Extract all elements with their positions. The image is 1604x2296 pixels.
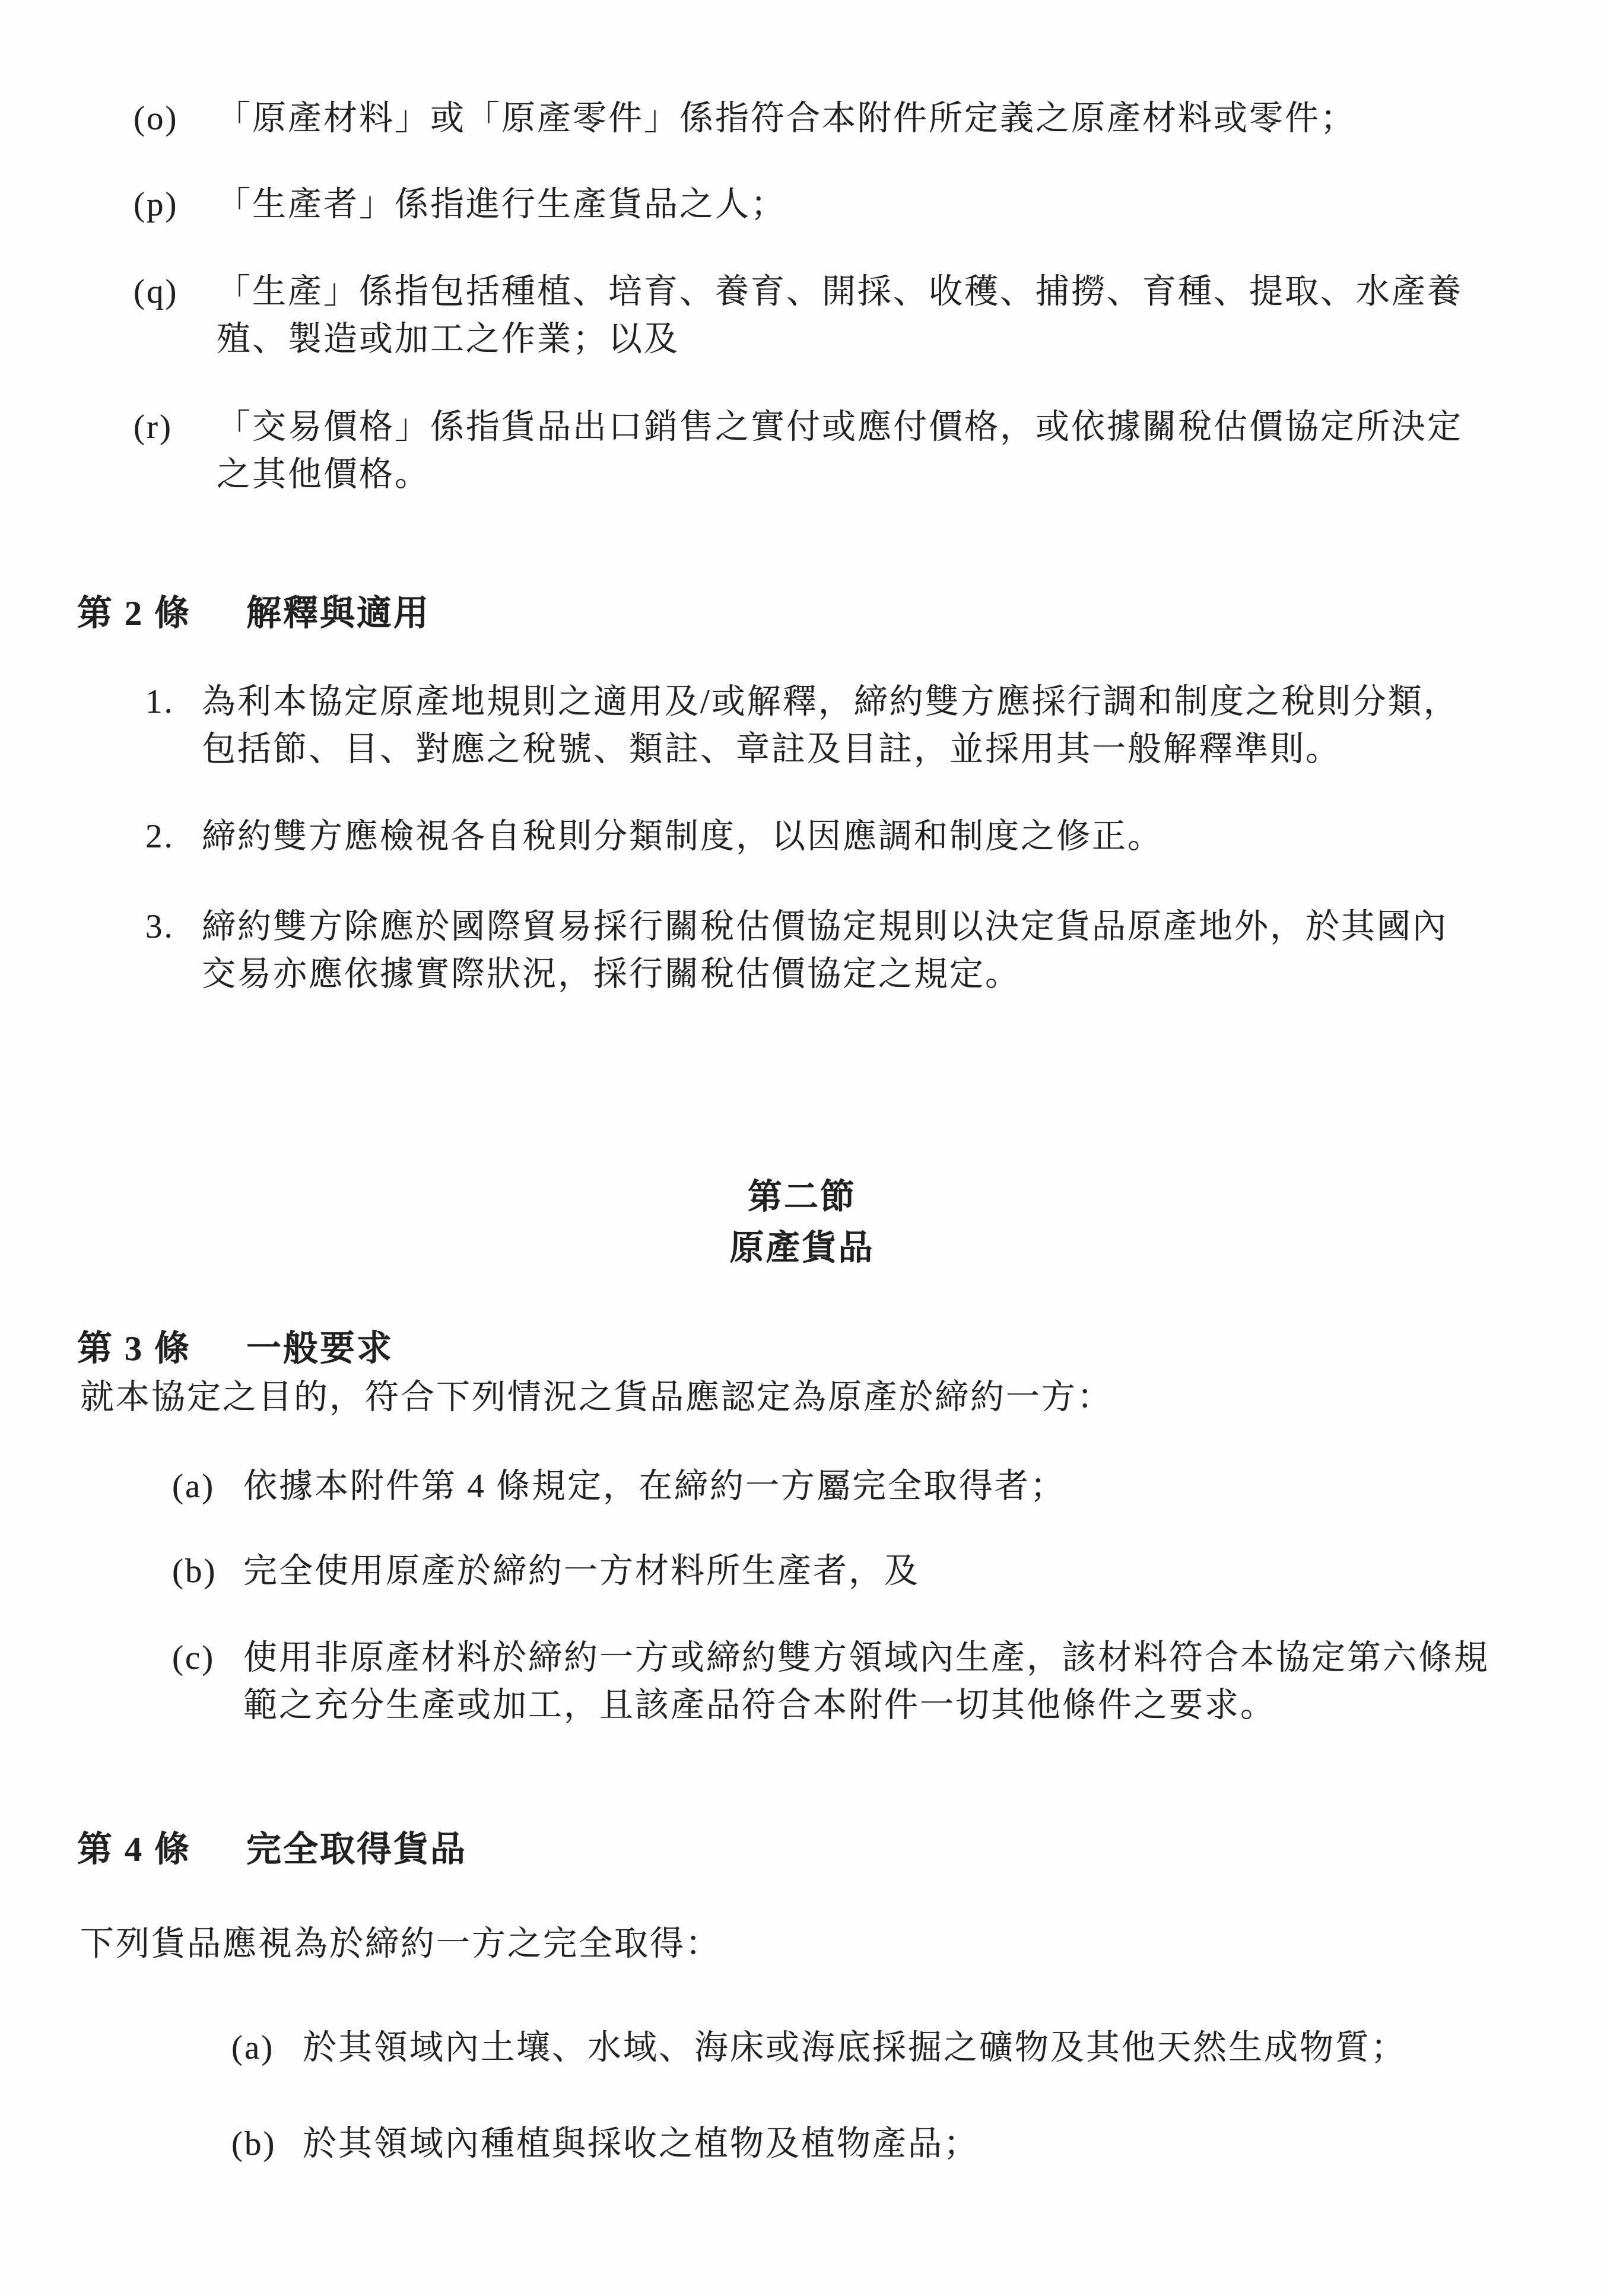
text-line: 完全使用原產於締約一方材料所生產者，及 xyxy=(243,1548,920,1595)
item-label: (c) xyxy=(172,1634,215,1682)
article-title: 一般要求 xyxy=(246,1325,393,1372)
document-page: (o) 「原產材料」或「原產零件」係指符合本附件所定義之原產材料或零件； (p)… xyxy=(0,0,1604,2296)
item-label: (a) xyxy=(231,2024,274,2072)
item-label: 1. xyxy=(145,678,174,726)
item-label: 3. xyxy=(145,903,174,951)
text-line: 範之充分生產或加工，且該產品符合本附件一切其他條件之要求。 xyxy=(243,1682,1489,1729)
item-label: (b) xyxy=(172,1548,217,1595)
paragraph: 下列貨品應視為於締約一方之完全取得： xyxy=(80,1920,721,1968)
section-title: 原產貨品 xyxy=(0,1222,1604,1274)
section-heading: 第二節 原產貨品 xyxy=(0,1171,1604,1274)
item-label: (o) xyxy=(134,95,178,142)
article-title: 完全取得貨品 xyxy=(246,1825,467,1873)
text-line: 「生產者」係指進行生產貨品之人； xyxy=(217,181,786,228)
item-label: (b) xyxy=(231,2120,276,2168)
text-line: 締約雙方除應於國際貿易採行關稅估價協定規則以決定貨品原產地外，於其國內 xyxy=(202,903,1448,951)
article-number: 第 2 條 xyxy=(77,589,191,637)
text-line: 「原產材料」或「原產零件」係指符合本附件所定義之原產材料或零件； xyxy=(217,95,1356,142)
text-line: 於其領域內種植與採收之植物及植物產品； xyxy=(303,2120,979,2168)
text-line: 使用非原產材料於締約一方或締約雙方領域內生產，該材料符合本協定第六條規 xyxy=(243,1634,1489,1682)
paragraph: 就本協定之目的，符合下列情況之貨品應認定為原產於締約一方： xyxy=(80,1374,1113,1421)
item-label: (r) xyxy=(134,404,173,451)
item-label: (q) xyxy=(134,268,178,316)
text-line: 於其領域內土壤、水域、海床或海底採掘之礦物及其他天然生成物質； xyxy=(303,2024,1406,2072)
text-line: 締約雙方應檢視各自稅則分類制度，以因應調和制度之修正。 xyxy=(202,813,1163,860)
text-line: 包括節、目、對應之稅號、類註、章註及目註，並採用其一般解釋準則。 xyxy=(202,726,1459,773)
item-label: (a) xyxy=(172,1463,215,1510)
text-line: 「交易價格」係指貨品出口銷售之實付或應付價格，或依據關稅估價協定所決定 xyxy=(217,404,1463,451)
text-line: 「生產」係指包括種植、培育、養育、開採、收穫、捕撈、育種、提取、水產養 xyxy=(217,268,1463,316)
text-line: 交易亦應依據實際狀況，採行關稅估價協定之規定。 xyxy=(202,951,1448,998)
text-line: 為利本協定原產地規則之適用及/或解釋，締約雙方應採行調和制度之稅則分類， xyxy=(202,678,1459,726)
article-title: 解釋與適用 xyxy=(246,589,430,637)
section-number: 第二節 xyxy=(0,1171,1604,1222)
item-label: 2. xyxy=(145,813,174,860)
item-label: (p) xyxy=(134,181,178,228)
article-number: 第 4 條 xyxy=(77,1825,191,1873)
text-line: 殖、製造或加工之作業；以及 xyxy=(217,316,1463,363)
article-number: 第 3 條 xyxy=(77,1325,191,1372)
text-line: 之其他價格。 xyxy=(217,451,1463,498)
text-line: 依據本附件第 4 條規定，在締約一方屬完全取得者； xyxy=(243,1463,1066,1510)
